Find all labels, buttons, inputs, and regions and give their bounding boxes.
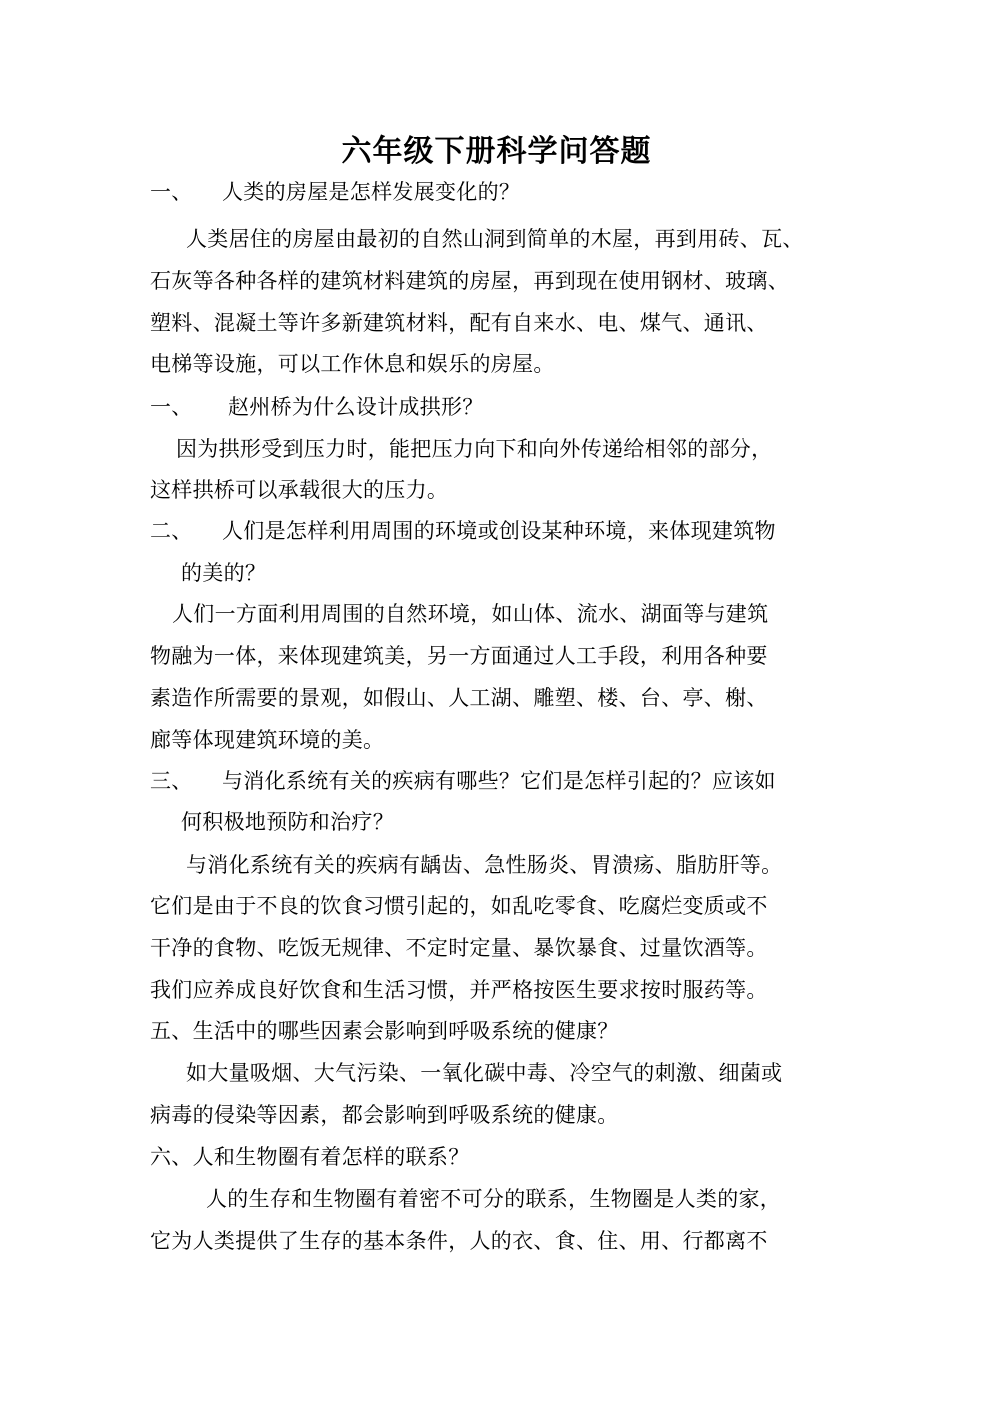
question-number: 三、 <box>150 771 222 792</box>
document-page: 六年级下册科学问答题 一、人类的房屋是怎样发展变化的？ 人类居住的房屋由最初的自… <box>0 0 993 1404</box>
question-text: 人们是怎样利用周围的环境或创设某种环境，来体现建筑物 <box>222 519 776 543</box>
answer-line: 电梯等设施，可以工作休息和娱乐的房屋。 <box>150 354 555 375</box>
answer-line: 廊等体现建筑环境的美。 <box>150 730 384 751</box>
question-number: 一、 <box>150 182 222 203</box>
question-3: 二、人们是怎样利用周围的环境或创设某种环境，来体现建筑物 <box>150 521 776 542</box>
question-6: 六、人和生物圈有着怎样的联系？ <box>150 1147 470 1168</box>
answer-line: 与消化系统有关的疾病有龋齿、急性肠炎、胃溃疡、脂肪肝等。 <box>186 855 782 876</box>
answer-line: 它们是由于不良的饮食习惯引起的，如乱吃零食、吃腐烂变质或不 <box>150 896 768 917</box>
answer-line: 塑料、混凝土等许多新建筑材料，配有自来水、电、煤气、通讯、 <box>150 313 768 334</box>
question-text: 人和生物圈有着怎样的联系？ <box>193 1145 470 1169</box>
answer-line: 人类居住的房屋由最初的自然山洞到简单的木屋，再到用砖、瓦、 <box>186 229 804 250</box>
question-2: 一、赵州桥为什么设计成拱形？ <box>150 397 484 418</box>
answer-line: 石灰等各种各样的建筑材料建筑的房屋，再到现在使用钢材、玻璃、 <box>150 271 789 292</box>
answer-line: 病毒的侵染等因素，都会影响到呼吸系统的健康。 <box>150 1105 619 1126</box>
answer-line: 这样拱桥可以承载很大的压力。 <box>150 480 448 501</box>
question-number: 一、 <box>150 397 228 418</box>
question-number: 六、 <box>150 1147 193 1168</box>
question-1: 一、人类的房屋是怎样发展变化的？ <box>150 182 520 203</box>
question-text: 赵州桥为什么设计成拱形？ <box>228 395 484 419</box>
answer-line: 它为人类提供了生存的基本条件，人的衣、食、住、用、行都离不 <box>150 1231 768 1252</box>
question-text: 生活中的哪些因素会影响到呼吸系统的健康？ <box>193 1019 619 1043</box>
answer-line: 因为拱形受到压力时，能把压力向下和向外传递给相邻的部分， <box>176 439 772 460</box>
question-number: 五、 <box>150 1021 193 1042</box>
answer-line: 人的生存和生物圈有着密不可分的联系，生物圈是人类的家， <box>206 1189 781 1210</box>
question-number: 二、 <box>150 521 222 542</box>
answer-line: 干净的食物、吃饭无规律、不定时定量、暴饮暴食、过量饮酒等。 <box>150 938 768 959</box>
question-text: 与消化系统有关的疾病有哪些？它们是怎样引起的？应该如 <box>222 769 776 793</box>
answer-line: 如大量吸烟、大气污染、一氧化碳中毒、冷空气的刺激、细菌或 <box>186 1063 782 1084</box>
answer-line: 人们一方面利用周围的自然环境，如山体、流水、湖面等与建筑 <box>172 604 768 625</box>
question-text-cont: 的美的？ <box>181 563 266 584</box>
answer-line: 素造作所需要的景观，如假山、人工湖、雕塑、楼、台、亭、榭、 <box>150 688 768 709</box>
question-5: 五、生活中的哪些因素会影响到呼吸系统的健康？ <box>150 1021 619 1042</box>
page-title: 六年级下册科学问答题 <box>0 126 993 170</box>
question-4: 三、与消化系统有关的疾病有哪些？它们是怎样引起的？应该如 <box>150 771 776 792</box>
question-text-cont: 何积极地预防和治疗？ <box>181 812 394 833</box>
answer-line: 我们应养成良好饮食和生活习惯，并严格按医生要求按时服药等。 <box>150 980 768 1001</box>
answer-line: 物融为一体，来体现建筑美，另一方面通过人工手段，利用各种要 <box>150 646 768 667</box>
question-text: 人类的房屋是怎样发展变化的？ <box>222 180 520 204</box>
